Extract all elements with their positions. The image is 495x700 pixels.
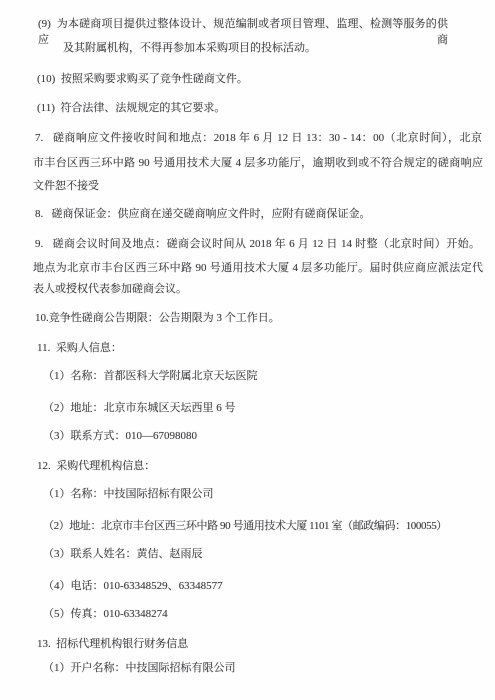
- section-7-response-receipt-line-3: 文件恕不接受: [33, 178, 495, 194]
- condition-item-10: (10) 按照采购要求购买了竞争性磋商文件。: [37, 71, 495, 87]
- purchaser-contact-phone: （3）联系方式：010—67098080: [43, 428, 495, 444]
- agency-phone: （4）电话：010-63348529、63348577: [43, 578, 495, 594]
- purchaser-name: （1）名称：首都医科大学附属北京天坛医院: [43, 368, 495, 384]
- section-9-meeting-line-1: 9. 磋商会议时间及地点：磋商会议时间从 2018 年 6 月 12 日 14 …: [35, 236, 480, 252]
- section-7-response-receipt-line-2: 市丰台区西三环中路 90 号通用技术大厦 4 层多功能厅，逾期收到或不符合规定的…: [33, 155, 483, 171]
- agency-fax: （5）传真：010-63348274: [43, 606, 495, 622]
- procurement-notice-page: (9) 为本磋商项目提供过整体设计、规范编制或者项目管理、监理、检测等服务的供应…: [0, 0, 495, 700]
- section-13-bank-info-heading: 13. 招标代理机构银行财务信息: [37, 636, 495, 652]
- agency-contact-names: （3）联系人姓名：黄佶、赵雨辰: [43, 546, 495, 562]
- section-8-deposit: 8. 磋商保证金：供应商在递交磋商响应文件时，应附有磋商保证金。: [35, 206, 495, 222]
- section-7-response-receipt-line-1: 7. 磋商响应文件接收时间和地点：2018 年 6 月 12 日 13：30 -…: [35, 130, 482, 146]
- bank-account-name: （1）开户名称：中技国际招标有限公司: [43, 660, 495, 676]
- section-10-announcement-period: 10.竞争性磋商公告期限：公告期限为 3 个工作日。: [35, 310, 495, 326]
- section-9-meeting-line-2: 地点为北京市丰台区西三环中路 90 号通用技术大厦 4 层多功能厅。届时供应商应…: [33, 260, 483, 276]
- agency-address: （2）地址：北京市丰台区西三环中路 90 号通用技术大厦 1101 室（邮政编码…: [43, 518, 495, 534]
- section-9-meeting-line-3: 表人或授权代表参加磋商会议。: [33, 281, 495, 297]
- section-11-purchaser-info-heading: 11. 采购人信息：: [37, 340, 495, 356]
- purchaser-address: （2）地址：北京市东城区天坛西里 6 号: [43, 400, 495, 416]
- agency-name: （1）名称：中技国际招标有限公司: [43, 486, 495, 502]
- condition-item-9: (9) 为本磋商项目提供过整体设计、规范编制或者项目管理、监理、检测等服务的供应…: [38, 16, 448, 32]
- condition-item-11: (11) 符合法律、法规规定的其它要求。: [37, 100, 495, 116]
- section-12-agency-info-heading: 12. 采购代理机构信息：: [37, 458, 495, 474]
